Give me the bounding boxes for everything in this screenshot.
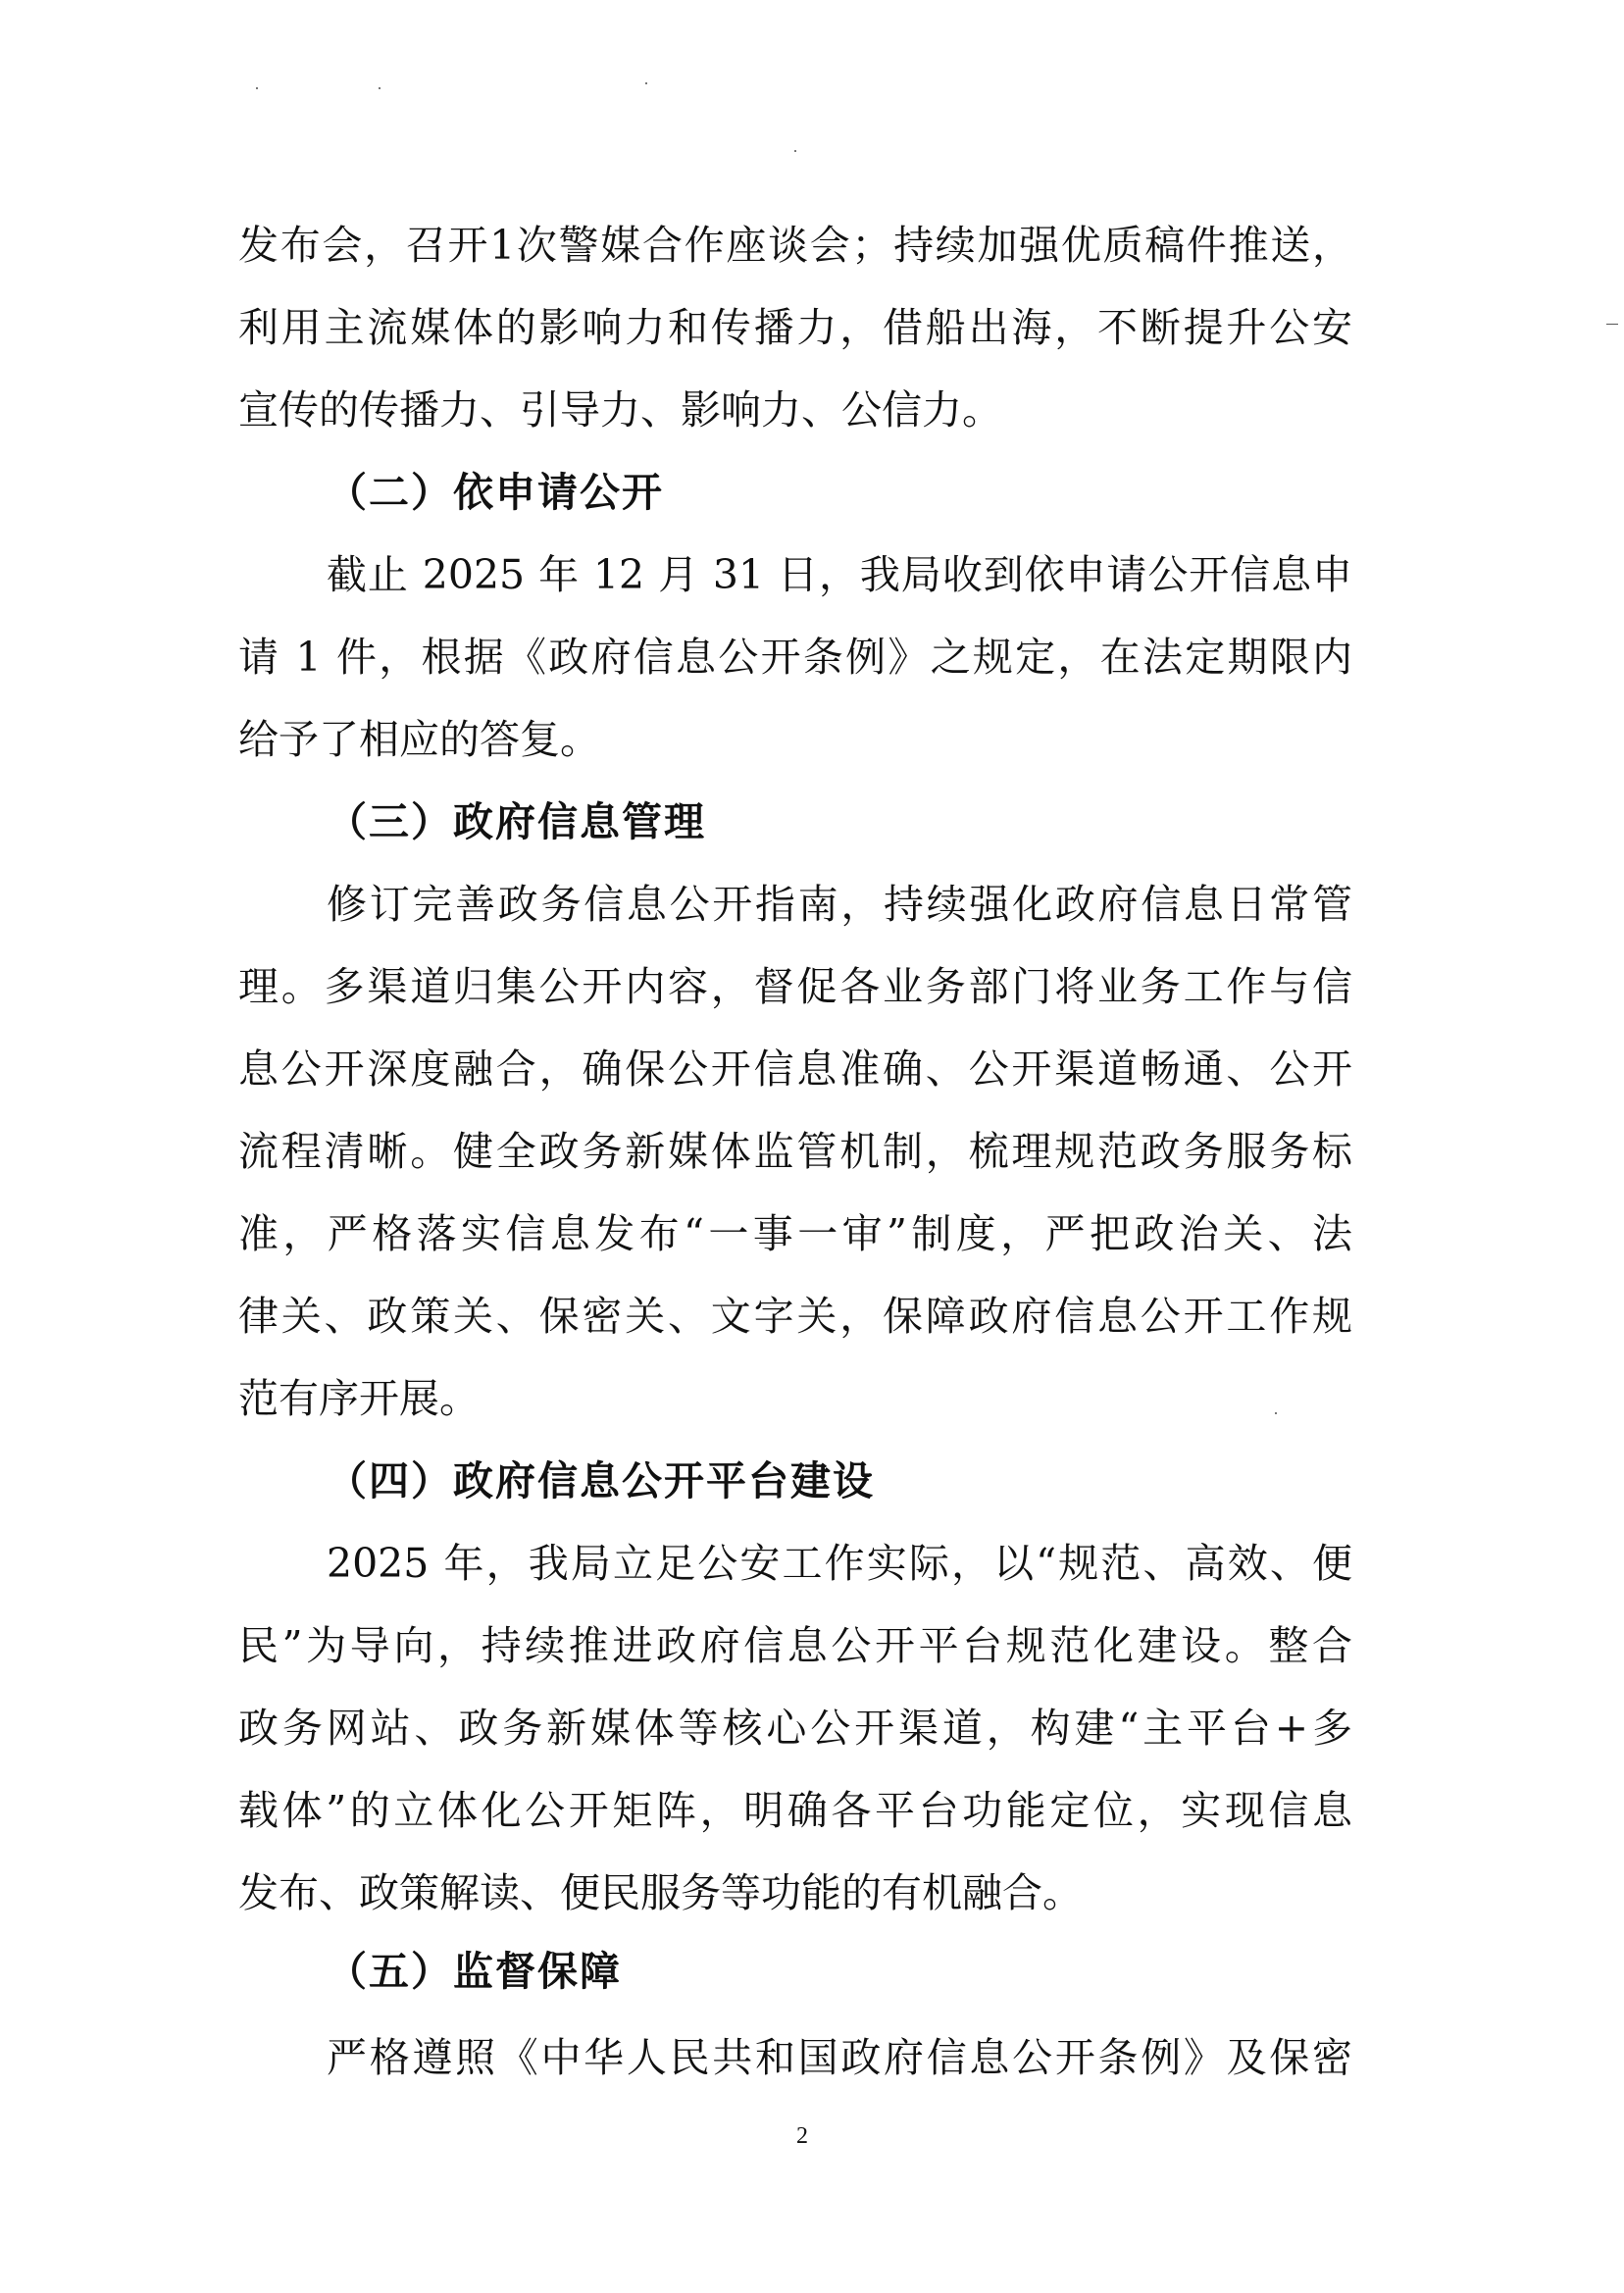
scan-margin-mark — [1606, 324, 1618, 325]
scan-speck — [1275, 1412, 1277, 1414]
paragraph-line: 发布、政策解读、便民服务等功能的有机融合。 — [238, 1863, 1352, 1922]
paragraph-line: 请 1 件，根据《政府信息公开条例》之规定，在法定期限内 — [238, 628, 1352, 687]
paragraph-line: 截止 2025 年 12 月 31 日，我局收到依申请公开信息申 — [327, 545, 1352, 604]
scan-speck — [645, 82, 647, 84]
paragraph-line: 宣传的传播力、引导力、影响力、公信力。 — [238, 381, 1352, 439]
paragraph-line: 民”为导向，持续推进政府信息公开平台规范化建设。整合 — [238, 1616, 1352, 1675]
paragraph-line: 流程清晰。健全政务新媒体监管机制，梳理规范政务服务标 — [238, 1122, 1352, 1181]
paragraph-line: 息公开深度融合，确保公开信息准确、公开渠道畅通、公开 — [238, 1040, 1352, 1098]
scan-speck — [256, 87, 258, 89]
scan-speck — [794, 150, 796, 152]
section-heading-2: （二）依申请公开 — [327, 463, 664, 522]
paragraph-line: 准，严格落实信息发布“一事一审”制度，严把政治关、法 — [238, 1204, 1352, 1263]
page-number: 2 — [796, 2122, 808, 2150]
section-heading-3: （三）政府信息管理 — [327, 792, 706, 851]
paragraph-line: 修订完善政务信息公开指南，持续强化政府信息日常管 — [327, 875, 1352, 934]
paragraph-line: 载体”的立体化公开矩阵，明确各平台功能定位，实现信息 — [238, 1781, 1352, 1840]
paragraph-line: 发布会，召开1次警媒合作座谈会；持续加强优质稿件推送， — [238, 216, 1352, 275]
paragraph-line: 严格遵照《中华人民共和国政府信息公开条例》及保密 — [327, 2028, 1352, 2087]
paragraph-line: 律关、政策关、保密关、文字关，保障政府信息公开工作规 — [238, 1287, 1352, 1346]
paragraph-line: 2025 年，我局立足公安工作实际，以“规范、高效、便 — [327, 1534, 1352, 1593]
paragraph-line: 利用主流媒体的影响力和传播力，借船出海，不断提升公安 — [238, 298, 1352, 357]
document-page: 发布会，召开1次警媒合作座谈会；持续加强优质稿件推送， 利用主流媒体的影响力和传… — [0, 0, 1624, 2293]
paragraph-line: 给予了相应的答复。 — [238, 710, 1352, 769]
section-heading-4: （四）政府信息公开平台建设 — [327, 1452, 875, 1510]
section-heading-5: （五）监督保障 — [327, 1942, 622, 2001]
paragraph-line: 政务网站、政务新媒体等核心公开渠道，构建“主平台+多 — [238, 1699, 1352, 1758]
paragraph-line: 理。多渠道归集公开内容，督促各业务部门将业务工作与信 — [238, 957, 1352, 1016]
paragraph-line: 范有序开展。 — [238, 1369, 1352, 1428]
scan-speck — [379, 87, 381, 89]
